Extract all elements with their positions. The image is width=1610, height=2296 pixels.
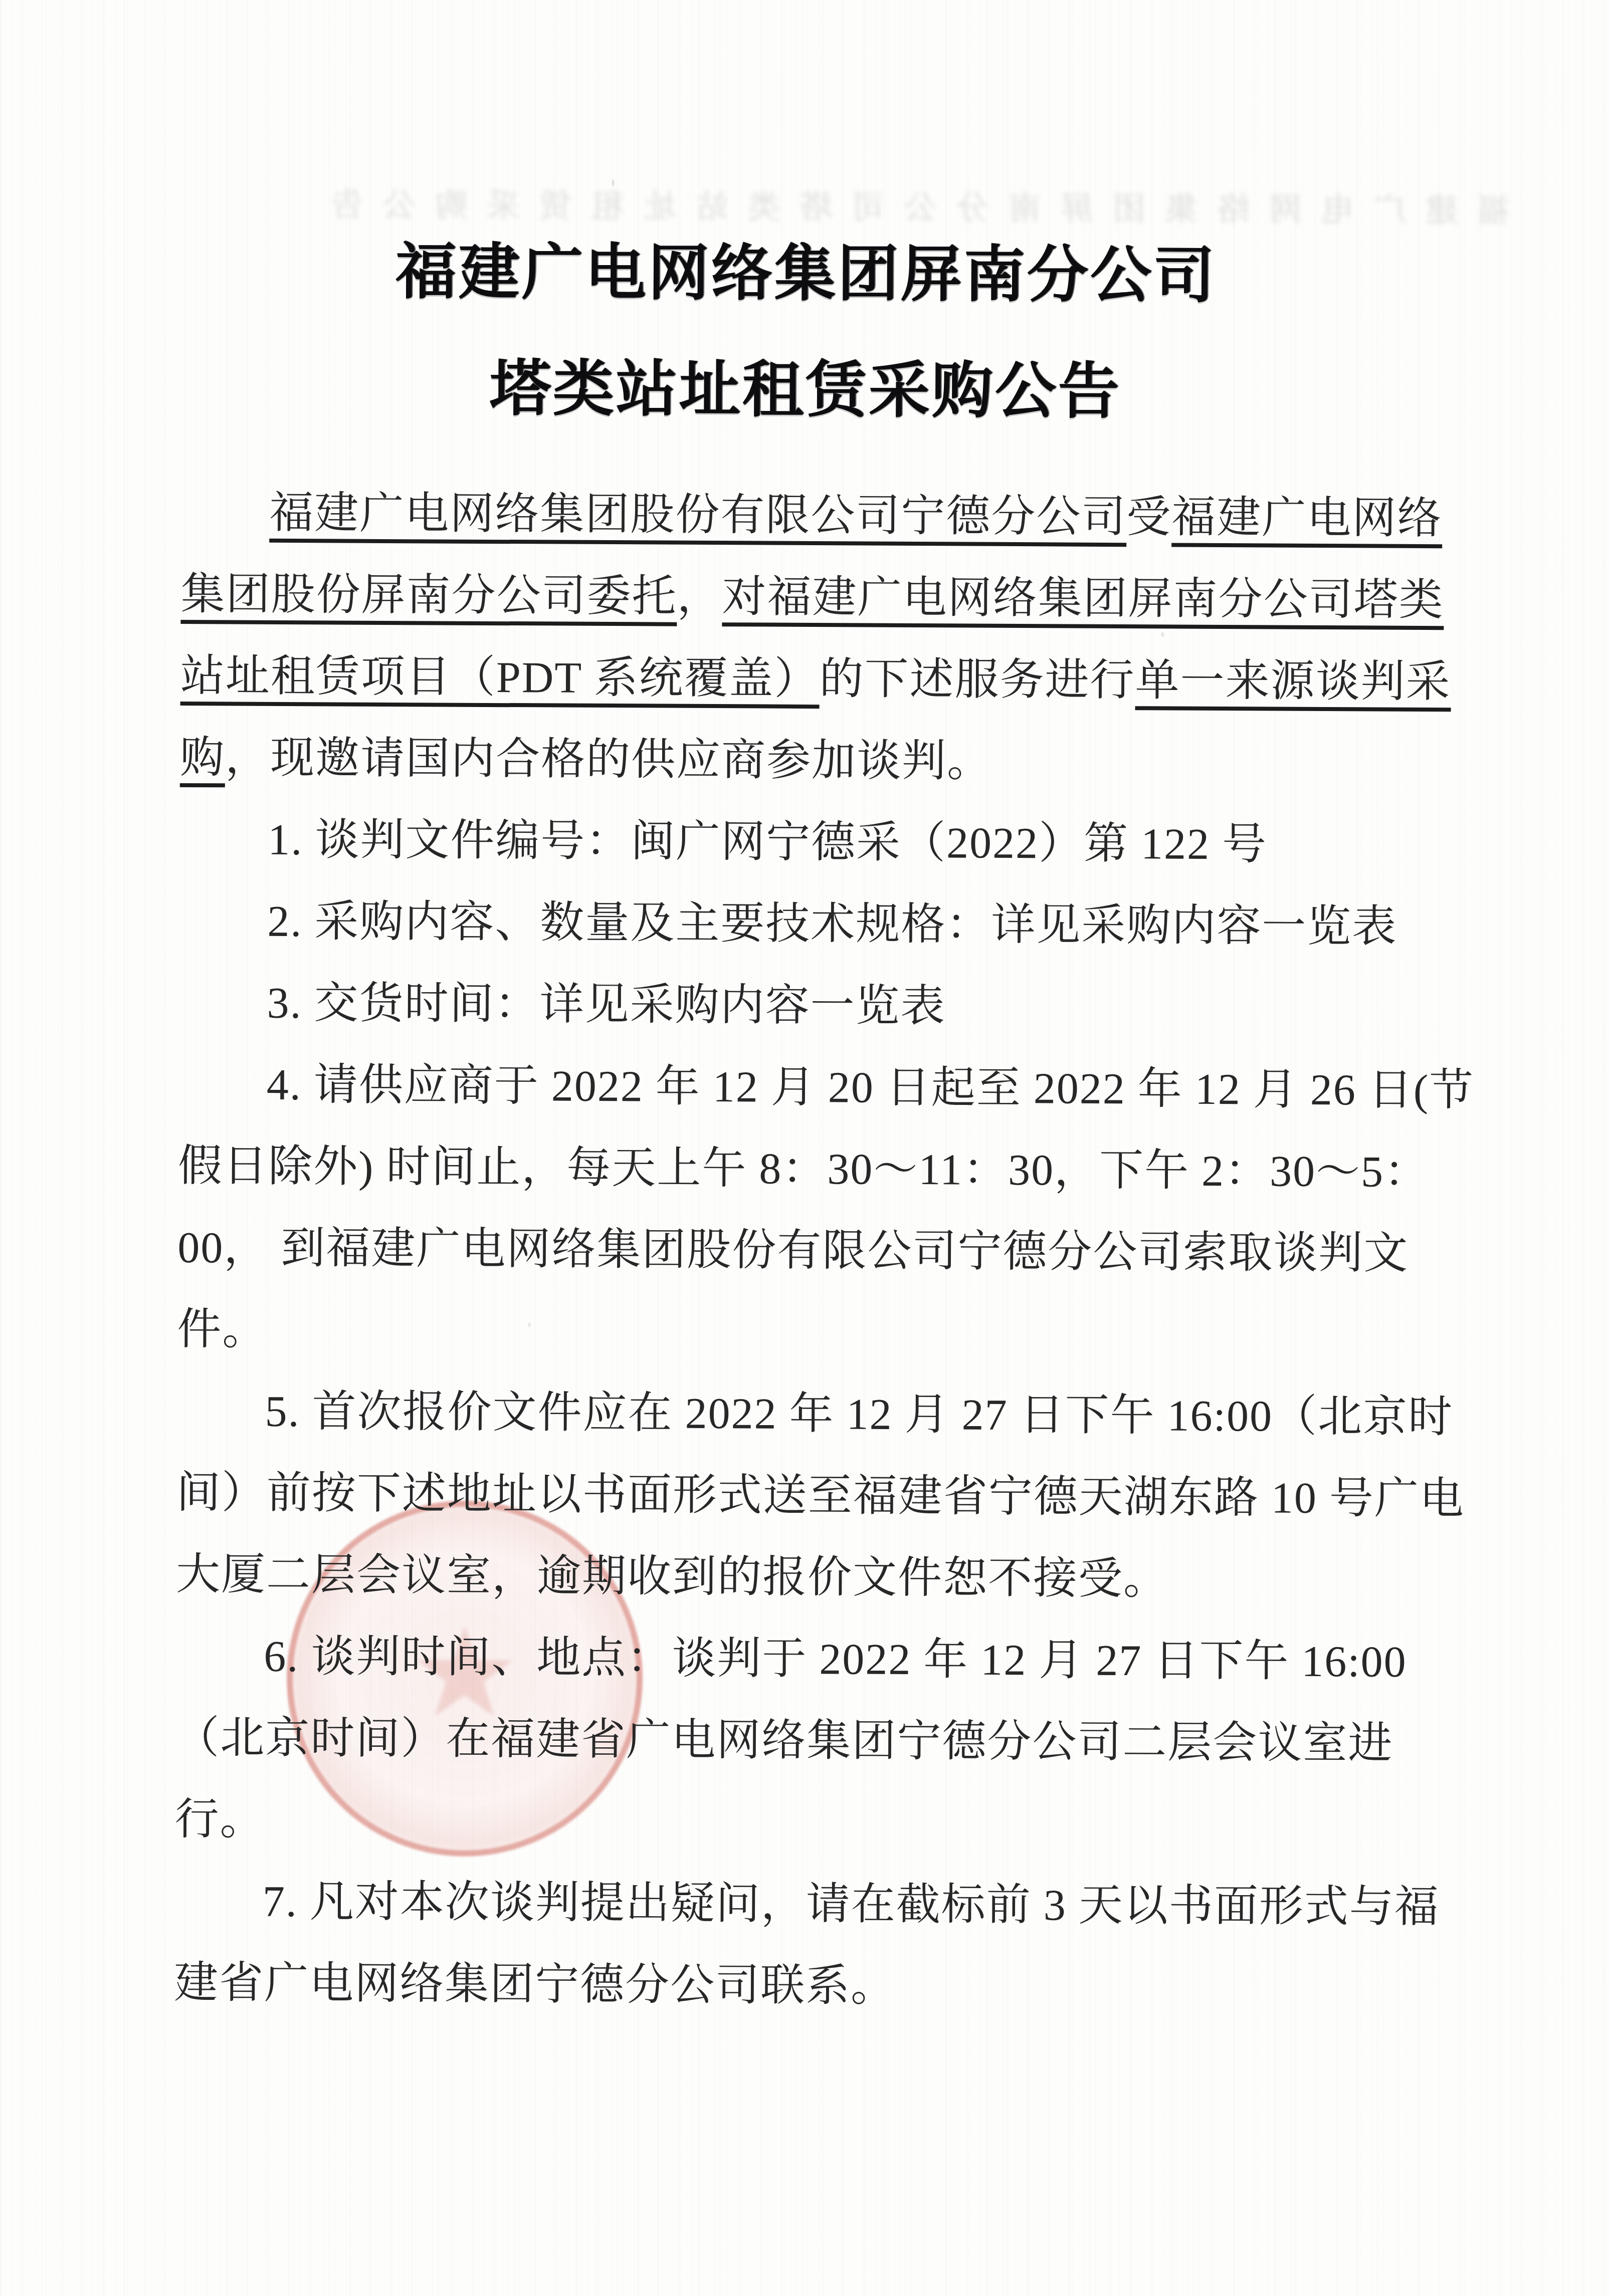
text-run: 7. 凡对本次谈判提出疑问，请在截标前 3 天以书面形式与福 — [263, 1878, 1440, 1932]
body-line: 站址租赁项目（PDT 系统覆盖）的下述服务进行单一来源谈判采 — [180, 635, 1464, 724]
underlined-text-run: 单一来源谈判采 — [1135, 656, 1451, 712]
text-run: ，现邀请国内合格的供应商参加谈判。 — [225, 734, 992, 786]
scan-speck — [1161, 632, 1164, 637]
scan-speck — [612, 179, 615, 186]
body-text: 福建广电网络集团股份有限公司宁德分公司受福建广电网络集团股份屏南分公司委托，对福… — [174, 472, 1465, 2030]
body-line: 6. 谈判时间、地点：谈判于 2022 年 12 月 27 日下午 16:00 — [175, 1616, 1459, 1704]
text-run: 行。 — [174, 1795, 265, 1845]
body-line: （北京时间）在福建省广电网络集团宁德分公司二层会议室进 — [175, 1697, 1459, 1785]
body-line: 件。 — [177, 1289, 1461, 1377]
text-run: 的下述服务进行 — [819, 655, 1135, 705]
scanned-document-page: 福建广电网络集团屏南分公司塔类站址租赁采购公告 福建广电网络集团屏南分公司 塔类… — [0, 0, 1610, 2296]
underlined-text-run: 对福建广电网络集团屏南分公司塔类 — [722, 573, 1444, 630]
body-line: 福建广电网络集团股份有限公司宁德分公司受福建广电网络 — [181, 472, 1465, 560]
text-run: ， — [677, 573, 722, 621]
body-line: 5. 首次报价文件应在 2022 年 12 月 27 日下午 16:00（北京时 — [176, 1370, 1460, 1459]
body-line: 行。 — [174, 1779, 1458, 1867]
body-line: 集团股份屏南分公司委托，对福建广电网络集团屏南分公司塔类 — [180, 554, 1464, 642]
document-title-block: 福建广电网络集团屏南分公司 塔类站址租赁采购公告 — [0, 211, 1610, 452]
text-run: 假日除外) 时间止，每天上午 8：30～11：30，下午 2：30～5： — [178, 1142, 1429, 1197]
body-line: 购，现邀请国内合格的供应商参加谈判。 — [180, 717, 1464, 805]
underlined-text-run: 购 — [180, 734, 226, 787]
document-title-line2: 塔类站址租赁采购公告 — [0, 328, 1610, 452]
body-line: 间）前按下述地址以书面形式送至福建省宁德天湖东路 10 号广电 — [176, 1452, 1460, 1540]
underlined-text-run: 福建广电网络集团股份有限公司宁德分公司 — [269, 489, 1127, 547]
text-run: （北京时间）在福建省广电网络集团宁德分公司二层会议室进 — [175, 1714, 1393, 1768]
text-run: 1. 谈判文件编号：闽广网宁德采（2022）第 122 号 — [268, 816, 1267, 869]
text-run: 5. 首次报价文件应在 2022 年 12 月 27 日下午 16:00（北京时 — [265, 1388, 1453, 1442]
body-line: 7. 凡对本次谈判提出疑问，请在截标前 3 天以书面形式与福 — [174, 1861, 1458, 1949]
text-run: 受 — [1126, 493, 1171, 542]
text-run: 大厦二层会议室，逾期收到的报价文件恕不接受。 — [176, 1550, 1168, 1604]
body-line: 假日除外) 时间止，每天上午 8：30～11：30，下午 2：30～5： — [178, 1125, 1462, 1214]
text-run: 4. 请供应商于 2022 年 12 月 20 日起至 2022 年 12 月 … — [267, 1061, 1475, 1115]
text-run: 00， 到福建广电网络集团股份有限公司宁德分公司索取谈判文 — [177, 1224, 1408, 1278]
document-title-line1: 福建广电网络集团屏南分公司 — [1, 211, 1610, 336]
document-sheet: 福建广电网络集团屏南分公司塔类站址租赁采购公告 福建广电网络集团屏南分公司 塔类… — [0, 0, 1610, 2296]
body-line: 4. 请供应商于 2022 年 12 月 20 日起至 2022 年 12 月 … — [178, 1044, 1462, 1132]
text-run: 建省广电网络集团宁德分公司联系。 — [174, 1959, 896, 2011]
underlined-text-run: 福建广电网络 — [1171, 494, 1443, 549]
body-line: 建省广电网络集团宁德分公司联系。 — [174, 1942, 1458, 2030]
body-line: 00， 到福建广电网络集团股份有限公司宁德分公司索取谈判文 — [177, 1207, 1461, 1295]
scan-speck — [528, 1322, 531, 1327]
body-line: 1. 谈判文件编号：闽广网宁德采（2022）第 122 号 — [179, 799, 1463, 887]
text-run: 3. 交货时间：详见采购内容一览表 — [267, 979, 945, 1031]
body-line: 3. 交货时间：详见采购内容一览表 — [178, 962, 1462, 1050]
body-line: 大厦二层会议室，逾期收到的报价文件恕不接受。 — [176, 1534, 1460, 1622]
underlined-text-run: 站址租赁项目（PDT 系统覆盖） — [180, 652, 820, 709]
underlined-text-run: 集团股份屏南分公司委托 — [180, 570, 677, 626]
text-run: 件。 — [177, 1305, 267, 1354]
text-run: 2. 采购内容、数量及主要技术规格：详见采购内容一览表 — [267, 897, 1397, 952]
body-line: 2. 采购内容、数量及主要技术规格：详见采购内容一览表 — [179, 880, 1463, 969]
text-run: 6. 谈判时间、地点：谈判于 2022 年 12 月 27 日下午 16:00 — [264, 1633, 1407, 1687]
text-run: 间）前按下述地址以书面形式送至福建省宁德天湖东路 10 号广电 — [176, 1469, 1465, 1524]
